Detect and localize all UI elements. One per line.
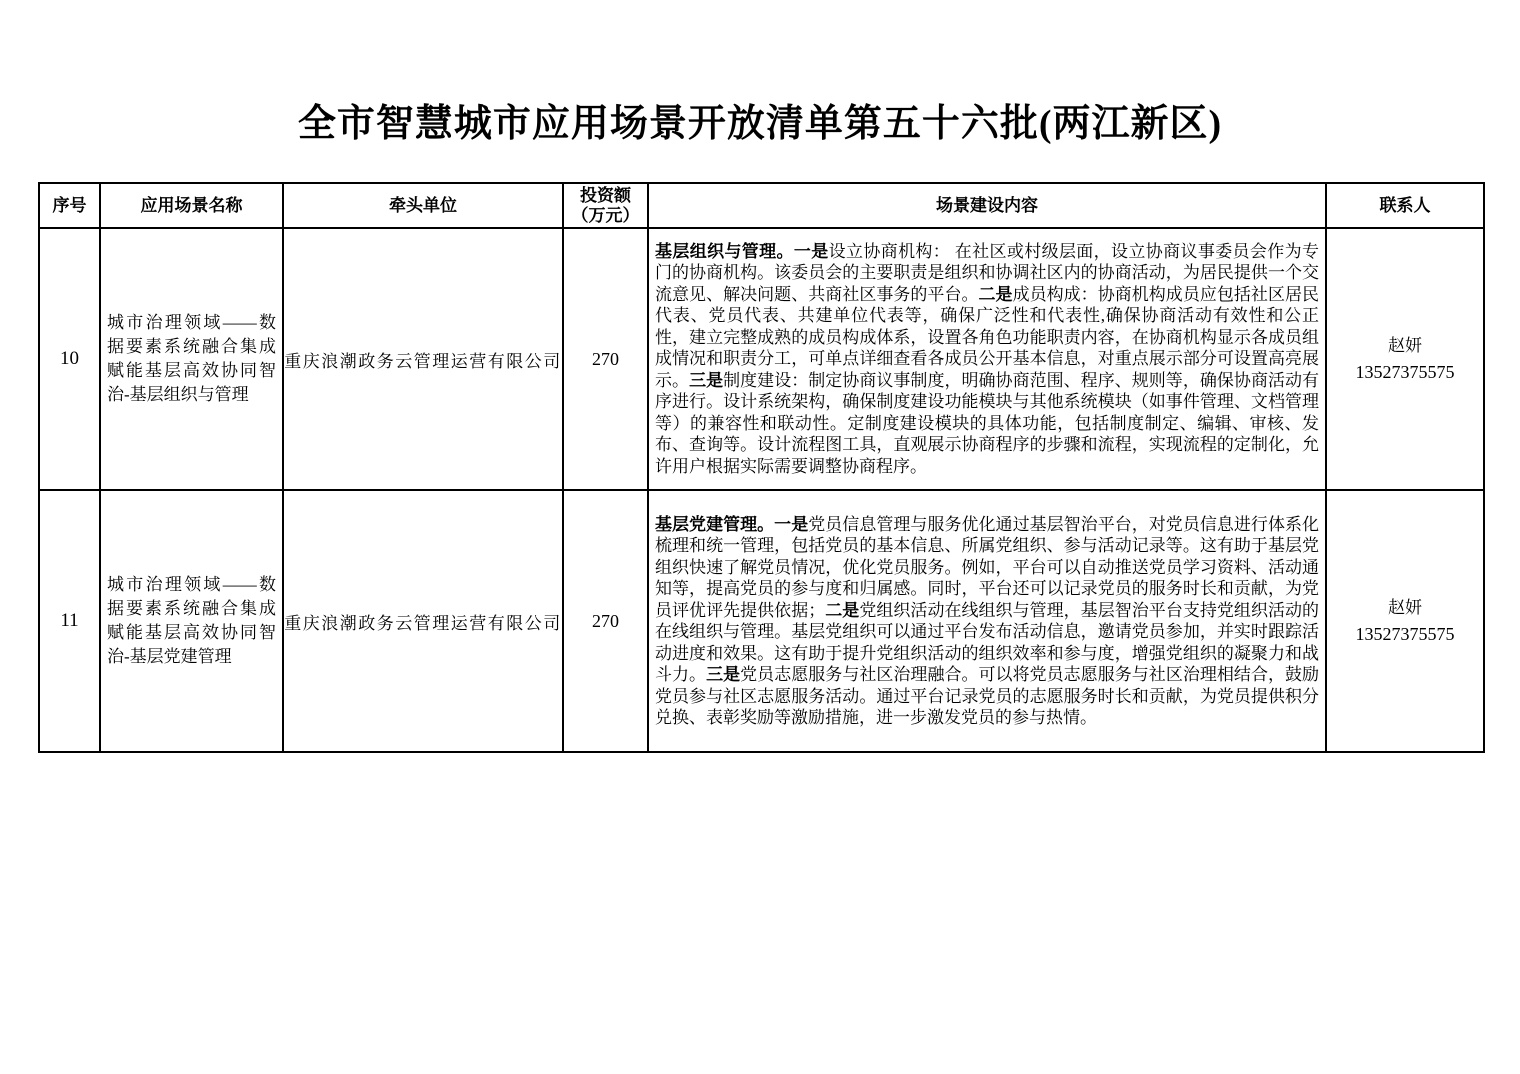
contact-phone: 13527375575 <box>1327 621 1483 648</box>
content-emphasis: 三是 <box>706 665 740 684</box>
header-serial-number: 序号 <box>39 183 100 228</box>
cell-scenario-name: 城市治理领域——数据要素系统融合集成 赋能基层高效协同智治-基层组织与管理 <box>100 228 283 490</box>
cell-scenario-name: 城市治理领域——数据要素系统融合集成 赋能基层高效协同智治-基层党建管理 <box>100 490 283 752</box>
cell-construction-content: 基层组织与管理。一是设立协商机构： 在社区或村级层面，设立协商议事委员会作为专门… <box>648 228 1326 490</box>
page-title: 全市智慧城市应用场景开放清单第五十六批(两江新区) <box>0 0 1520 182</box>
contact-phone: 13527375575 <box>1327 359 1483 386</box>
contact-name: 赵妍 <box>1327 594 1483 621</box>
content-text: 制度建设：制定协商议事制度，明确协商范围、程序、规则等，确保协商活动有序进行。设… <box>655 371 1319 476</box>
cell-contact: 赵妍 13527375575 <box>1326 228 1484 490</box>
cell-construction-content: 基层党建管理。一是党员信息管理与服务优化通过基层智治平台，对党员信息进行体系化梳… <box>648 490 1326 752</box>
scenario-table: 序号 应用场景名称 牵头单位 投资额 （万元） 场景建设内容 联系人 10 城市… <box>38 182 1485 753</box>
header-scenario-name: 应用场景名称 <box>100 183 283 228</box>
header-row: 序号 应用场景名称 牵头单位 投资额 （万元） 场景建设内容 联系人 <box>39 183 1484 228</box>
header-lead-unit: 牵头单位 <box>283 183 563 228</box>
cell-investment: 270 <box>563 490 648 752</box>
cell-serial-number: 10 <box>39 228 100 490</box>
content-emphasis: 基层党建管理。一是 <box>655 515 808 534</box>
header-contact: 联系人 <box>1326 183 1484 228</box>
cell-contact: 赵妍 13527375575 <box>1326 490 1484 752</box>
content-emphasis: 二是 <box>825 601 859 620</box>
cell-lead-unit: 重庆浪潮政务云管理运营有限公司 <box>283 490 563 752</box>
table-header: 序号 应用场景名称 牵头单位 投资额 （万元） 场景建设内容 联系人 <box>39 183 1484 228</box>
content-text: 党员志愿服务与社区治理融合。可以将党员志愿服务与社区治理相结合，鼓励党员参与社区… <box>655 665 1319 727</box>
header-investment: 投资额 （万元） <box>563 183 648 228</box>
header-construction-content: 场景建设内容 <box>648 183 1326 228</box>
cell-investment: 270 <box>563 228 648 490</box>
cell-serial-number: 11 <box>39 490 100 752</box>
table-row: 11 城市治理领域——数据要素系统融合集成 赋能基层高效协同智治-基层党建管理 … <box>39 490 1484 752</box>
contact-name: 赵妍 <box>1327 332 1483 359</box>
document-page: 全市智慧城市应用场景开放清单第五十六批(两江新区) 序号 应用场景名称 牵头单位… <box>0 0 1520 1074</box>
table-row: 10 城市治理领域——数据要素系统融合集成 赋能基层高效协同智治-基层组织与管理… <box>39 228 1484 490</box>
content-emphasis: 基层组织与管理。一是 <box>655 242 829 261</box>
table-body: 10 城市治理领域——数据要素系统融合集成 赋能基层高效协同智治-基层组织与管理… <box>39 228 1484 752</box>
content-emphasis: 三是 <box>689 371 723 390</box>
cell-lead-unit: 重庆浪潮政务云管理运营有限公司 <box>283 228 563 490</box>
content-emphasis: 二是 <box>979 285 1013 304</box>
